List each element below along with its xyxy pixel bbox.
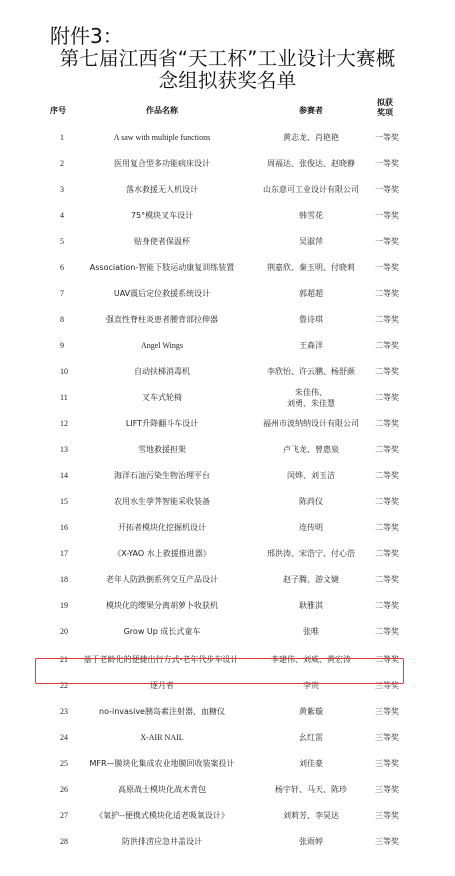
row-name: 自动扶梯消毒机 (76, 367, 248, 377)
row-award: 二等奖 (372, 341, 402, 351)
row-participants: 吴淑萍 (252, 237, 370, 247)
row-award: 三等奖 (372, 785, 402, 795)
table-row: 18 老年人防跌倒系列交互产品设计 赵子腾、游文婕 二等奖 (0, 566, 455, 592)
row-name: 贴身使者保温杯 (76, 237, 248, 247)
table-row: 2 医用复合型多功能病床设计 周福达、张俊达、赵晓静 一等奖 (0, 150, 455, 176)
row-award: 三等奖 (372, 681, 402, 691)
row-award: 一等奖 (372, 237, 402, 247)
row-award: 一等奖 (372, 211, 402, 221)
row-name: 逐月者 (76, 681, 248, 691)
row-name: 防洪排涝应急井盖设计 (76, 837, 248, 847)
row-participants-line-2: 刘勇、朱佳慧 (252, 398, 370, 409)
attachment-label: 附件3： (50, 24, 123, 48)
row-name: LIFT升降翻斗车设计 (76, 419, 248, 429)
table-row: 8 强直性脊柱炎患者腰背部拉伸器 鲁诗琪 二等奖 (0, 306, 455, 332)
table-row: 19 模块化的缨果分离胡萝卜收获机 耿雅淇 二等奖 (0, 592, 455, 618)
table-row: 22 逐月者 李贵 三等奖 (0, 672, 455, 698)
row-name: 落水救援无人机设计 (76, 185, 248, 195)
row-name: 开拓者模块化挖掘机设计 (76, 523, 248, 533)
table-row: 26 高原战士模块化战术背包 杨宇轩、马天、陈珍 三等奖 (0, 776, 455, 802)
row-award: 三等奖 (372, 759, 402, 769)
row-award: 二等奖 (372, 315, 402, 325)
row-award: 二等奖 (372, 601, 402, 611)
row-name: 海洋石油污染生物治理平台 (76, 471, 248, 481)
row-participants: 张雨婷 (252, 837, 370, 847)
header-participants: 参赛者 (252, 106, 370, 116)
row-name: 高原战士模块化战术背包 (76, 785, 248, 795)
row-participants: 黄志龙、肖艳艳 (252, 133, 370, 143)
row-award: 二等奖 (372, 289, 402, 299)
table-row: 25 MFR—膜块化集成农业地膜回收装案投计 刘佳豪 三等奖 (0, 750, 455, 776)
table-row: 10 自动扶梯消毒机 李欣怡、许云鹏、杨舒颜 二等奖 (0, 358, 455, 384)
row-award: 二等奖 (372, 523, 402, 533)
row-name: X-AIR NAIL (76, 733, 248, 743)
row-participants: 耿雅淇 (252, 601, 370, 611)
row-name: 老年人防跌倒系列交互产品设计 (76, 575, 248, 585)
row-participants: 山东意可工业设计有限公司 (252, 185, 370, 195)
table-row: 16 开拓者模块化挖掘机设计 连传明 二等奖 (0, 514, 455, 540)
table-row: 14 海洋石油污染生物治理平台 闵烨、刘玉洁 二等奖 (0, 462, 455, 488)
row-name: 雪地救援担架 (76, 445, 248, 455)
table-row: 15 农用水生荸荠智能采收装备 陈尚仪 二等奖 (0, 488, 455, 514)
row-participants: 周福达、张俊达、赵晓静 (252, 159, 370, 169)
table-row: 27 《氧护--便携式模块化适老吸氧设计》 刘莉芳、李昊达 三等奖 (0, 802, 455, 828)
table-row: 3 落水救援无人机设计 山东意可工业设计有限公司 一等奖 (0, 176, 455, 202)
row-participants: 卢飞龙、曾惠泉 (252, 445, 370, 455)
row-name: 模块化的缨果分离胡萝卜收获机 (76, 601, 248, 611)
row-name: MFR—膜块化集成农业地膜回收装案投计 (76, 759, 248, 769)
row-name: 《X-YAO 水上救援推进器》 (76, 549, 248, 559)
row-award: 二等奖 (372, 655, 402, 665)
row-participants: 连传明 (252, 523, 370, 533)
row-name: 基于老龄化的便捷出行方式-老年代步车设计 (66, 655, 256, 665)
table-row-highlighted: 21 基于老龄化的便捷出行方式-老年代步车设计 李建伟、刘威、黄宏涛 二等奖 (0, 646, 455, 672)
header-name: 作品名称 (76, 106, 248, 116)
row-award: 二等奖 (372, 497, 402, 507)
row-name: 农用水生荸荠智能采收装备 (76, 497, 248, 507)
row-participants: 幺红雷 (252, 733, 370, 743)
table-row: 28 防洪排涝应急井盖设计 张雨婷 三等奖 (0, 828, 455, 854)
table-row: 12 LIFT升降翻斗车设计 福州市波纳纳设计有限公司 二等奖 (0, 410, 455, 436)
row-name: 75°模块叉车设计 (76, 211, 248, 221)
row-participants: 邢洪涛、宋浩宁、付心浩 (252, 549, 370, 559)
row-participants: 杨宇轩、马天、陈珍 (252, 785, 370, 795)
row-award: 二等奖 (372, 549, 402, 559)
row-participants: 朱佳伟、 刘勇、朱佳慧 (252, 387, 370, 409)
row-award: 三等奖 (372, 707, 402, 717)
row-award: 二等奖 (372, 393, 402, 403)
row-participants-line-1: 朱佳伟、 (252, 387, 370, 398)
row-participants: 福州市波纳纳设计有限公司 (252, 419, 370, 429)
row-award: 三等奖 (372, 837, 402, 847)
table-row: 7 UAV震后定位救援系统设计 郭超超 二等奖 (0, 280, 455, 306)
row-award: 二等奖 (372, 419, 402, 429)
table-header: 序号 作品名称 参赛者 拟获奖项 (0, 96, 455, 124)
row-participants: 陈尚仪 (252, 497, 370, 507)
row-participants: 刘莉芳、李昊达 (252, 811, 370, 821)
row-name: Angel Wings (76, 341, 248, 351)
page-title-line-1: 第七届江西省“天工杯”工业设计大赛概 (0, 48, 455, 70)
table-row: 13 雪地救援担架 卢飞龙、曾惠泉 二等奖 (0, 436, 455, 462)
row-award: 二等奖 (372, 445, 402, 455)
row-name: 医用复合型多功能病床设计 (76, 159, 248, 169)
table-row: 24 X-AIR NAIL 幺红雷 三等奖 (0, 724, 455, 750)
page-title: 第七届江西省“天工杯”工业设计大赛概 念组拟获奖名单 (0, 48, 455, 92)
row-name: 强直性脊柱炎患者腰背部拉伸器 (76, 315, 248, 325)
table-row: 17 《X-YAO 水上救援推进器》 邢洪涛、宋浩宁、付心浩 二等奖 (0, 540, 455, 566)
row-award: 一等奖 (372, 263, 402, 273)
row-participants: 李欣怡、许云鹏、杨舒颜 (252, 367, 370, 377)
row-name: UAV震后定位救援系统设计 (76, 289, 248, 299)
row-award: 一等奖 (372, 133, 402, 143)
row-name: A saw with multiple functions (76, 133, 248, 143)
row-name: 叉车式轮椅 (76, 393, 248, 403)
row-participants: 荆嘉欣、秦玉明、付晓莉 (252, 263, 370, 273)
row-participants: 韩雪花 (252, 211, 370, 221)
row-participants: 闵烨、刘玉洁 (252, 471, 370, 481)
row-participants: 鲁诗琪 (252, 315, 370, 325)
row-award: 二等奖 (372, 471, 402, 481)
row-name: no-invasive胰岛素注射器，血糖仪 (76, 707, 248, 717)
row-name: Grow Up 成长式童车 (76, 627, 248, 637)
row-award: 一等奖 (372, 159, 402, 169)
row-participants: 李建伟、刘威、黄宏涛 (252, 655, 370, 665)
table-row: 6 Association-智能下肢运动康复训练装置 荆嘉欣、秦玉明、付晓莉 一… (0, 254, 455, 280)
page-title-line-2: 念组拟获奖名单 (0, 70, 455, 92)
table-row: 23 no-invasive胰岛素注射器，血糖仪 黄紫璇 三等奖 (0, 698, 455, 724)
table-row: 1 A saw with multiple functions 黄志龙、肖艳艳 … (0, 124, 455, 150)
row-award: 二等奖 (372, 367, 402, 377)
table-row: 4 75°模块叉车设计 韩雪花 一等奖 (0, 202, 455, 228)
row-award: 二等奖 (372, 627, 402, 637)
table-row: 5 贴身使者保温杯 吴淑萍 一等奖 (0, 228, 455, 254)
table-row: 11 叉车式轮椅 朱佳伟、 刘勇、朱佳慧 二等奖 (0, 384, 455, 410)
table-row: 9 Angel Wings 王森洋 二等奖 (0, 332, 455, 358)
row-participants: 李贵 (252, 681, 370, 691)
row-participants: 黄紫璇 (252, 707, 370, 717)
table-row: 20 Grow Up 成长式童车 张唯 二等奖 (0, 618, 455, 644)
row-participants: 郭超超 (252, 289, 370, 299)
row-participants: 刘佳豪 (252, 759, 370, 769)
row-participants: 张唯 (252, 627, 370, 637)
row-award: 三等奖 (372, 733, 402, 743)
row-name: Association-智能下肢运动康复训练装置 (76, 263, 248, 273)
row-name: 《氧护--便携式模块化适老吸氧设计》 (76, 811, 248, 821)
row-award: 一等奖 (372, 185, 402, 195)
header-no: 序号 (50, 106, 72, 116)
row-participants: 赵子腾、游文婕 (252, 575, 370, 585)
row-award: 二等奖 (372, 575, 402, 585)
row-award: 三等奖 (372, 811, 402, 821)
header-award: 拟获奖项 (377, 98, 397, 118)
row-participants: 王森洋 (252, 341, 370, 351)
